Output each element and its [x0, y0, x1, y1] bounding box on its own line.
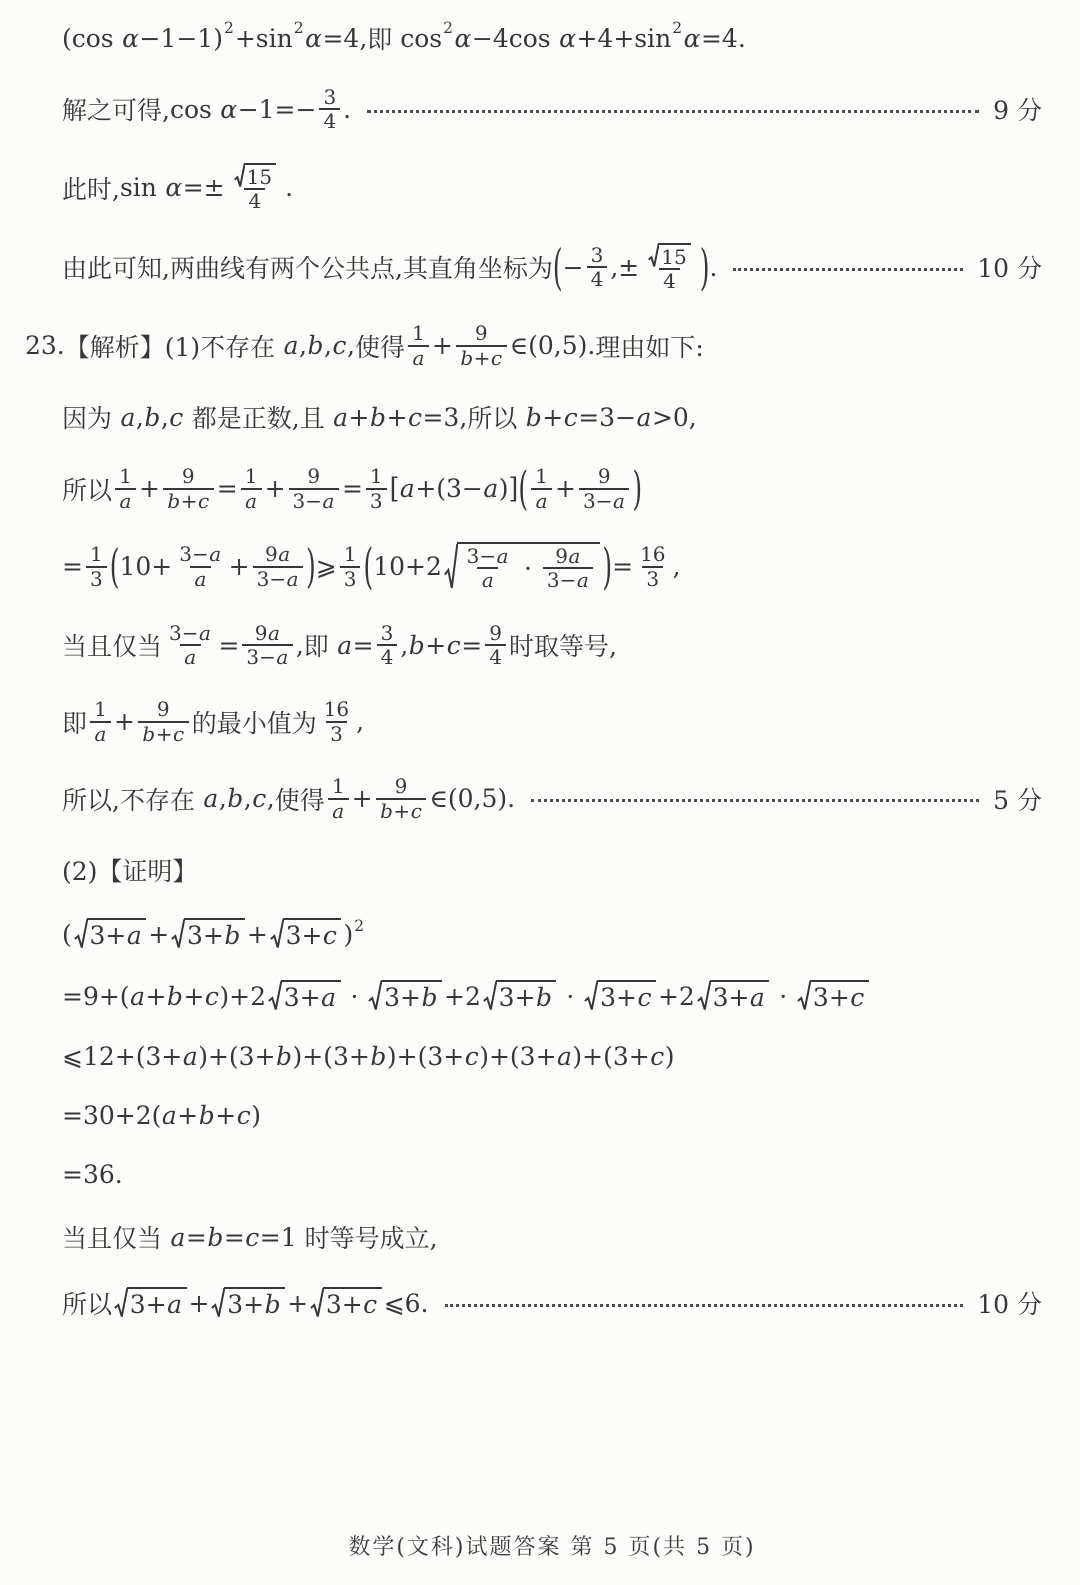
superscript: 2	[224, 21, 234, 37]
math-variable: b	[370, 1042, 387, 1071]
line-content: (cos α−1−1)2+sin2α=4,即 cos2α−4cos α+4+si…	[62, 20, 746, 56]
math-run: +	[139, 474, 160, 503]
fraction-numerator: 1	[90, 698, 111, 720]
fraction: 93−a	[579, 465, 629, 512]
math-run: a,b,c,	[203, 784, 275, 813]
radical-icon	[74, 918, 88, 950]
text-run: 时取等号,	[509, 627, 617, 663]
math-run: ·	[343, 982, 367, 1011]
text-run: 3	[344, 568, 357, 590]
math-variable: a	[199, 621, 212, 645]
math-variable: a	[636, 403, 652, 432]
math-run: a+b+c=3,	[333, 403, 468, 432]
math-run: =	[342, 474, 363, 503]
math-run: +	[189, 1289, 210, 1318]
math-run: ·	[558, 982, 582, 1011]
fraction: 93−a	[289, 465, 339, 512]
math-variable: a	[283, 331, 299, 360]
text-run: 当且仅当	[62, 1219, 170, 1255]
fraction-denominator: a	[531, 488, 552, 512]
open-fence: (	[110, 544, 120, 589]
close-fence: )	[632, 466, 642, 511]
math-run: +	[287, 1289, 308, 1318]
fraction-numerator: 1	[241, 465, 262, 487]
fraction: 1a	[115, 465, 136, 512]
fraction-denominator: b+c	[138, 721, 189, 745]
math-run: .	[343, 95, 351, 124]
radicand: 15	[244, 163, 276, 188]
text-run: 4	[248, 190, 261, 212]
formula-line: (2)【证明】	[62, 852, 1042, 888]
fraction-numerator: 9a	[551, 545, 585, 567]
math-variable: a	[119, 489, 132, 513]
math-run: a=	[337, 631, 374, 660]
math-run: ⩾	[316, 552, 337, 581]
formula-line: (3+a+3+b+3+c)2	[62, 918, 1042, 950]
math-run: +	[352, 784, 373, 813]
math-variable: a	[126, 921, 142, 950]
text-run: 即	[62, 704, 87, 740]
formula-line: 解之可得,cos α−1=−34.9 分	[62, 86, 1042, 133]
math-run: ∈(0,5).	[429, 784, 515, 813]
text-run: 1	[535, 465, 548, 487]
math-variable: a	[612, 489, 625, 513]
math-variable: α	[305, 24, 323, 53]
fraction: 9b+c	[456, 322, 507, 369]
radicand: 3−aa · 9a3−a	[457, 542, 601, 592]
math-variable: α	[559, 24, 577, 53]
math-run: (	[62, 920, 72, 949]
math-variable: b	[421, 983, 438, 1012]
square-root: 3+a	[74, 918, 147, 950]
fraction: 9b+c	[138, 698, 189, 745]
math-run: .	[285, 173, 293, 202]
fraction-numerator: 3	[587, 244, 608, 266]
fraction-denominator: 4	[659, 268, 680, 292]
math-variable: a	[184, 645, 197, 669]
formula-line: =13(10+3−aa+9a3−a)⩾13(10+23−aa · 9a3−a)=…	[62, 542, 1042, 592]
fraction-denominator: b+c	[456, 345, 507, 369]
formula-line: =30+2(a+b+c)	[62, 1101, 1042, 1130]
math-run: 3+b	[384, 983, 438, 1012]
math-run: 3+c	[600, 983, 652, 1012]
square-root: 3+c	[310, 1287, 382, 1319]
square-root: 3+a	[114, 1287, 187, 1319]
math-run: 9a	[265, 543, 291, 565]
radicand: 3+b	[381, 980, 442, 1012]
line-content: =30+2(a+b+c)	[62, 1101, 261, 1130]
fraction: 3−aa	[463, 545, 513, 592]
text-run: 当且仅当	[62, 627, 162, 663]
math-run: 3+a	[713, 983, 766, 1012]
formula-line: (cos α−1−1)2+sin2α=4,即 cos2α−4cos α+4+si…	[62, 20, 1042, 56]
math-variable: a	[170, 1223, 186, 1252]
math-variable: c	[446, 631, 461, 660]
formula-line: 由此可知,两曲线有两个公共点,其直角坐标为(−34,±154).10 分	[62, 243, 1042, 293]
radicand: 3+c	[597, 980, 656, 1012]
math-run: +sin	[235, 24, 293, 53]
math-variable: c	[322, 921, 337, 950]
formula-line: 23.【解析】(1)不存在 a,b,c,使得1a+9b+c∈(0,5).理由如下…	[25, 322, 1042, 369]
close-fence: )	[700, 243, 710, 291]
score-label: 10 分	[977, 1285, 1042, 1321]
math-run: a	[332, 800, 345, 822]
math-run: 3−a	[583, 490, 625, 512]
open-fence: (	[518, 466, 528, 511]
line-content: 当且仅当3−aa=9a3−a,即 a=34,b+c=94时取等号,	[62, 622, 617, 669]
radical-icon	[171, 918, 185, 950]
math-run: a	[119, 490, 132, 512]
fraction-denominator: 4	[244, 188, 265, 212]
fraction-denominator: 4	[587, 266, 608, 290]
fraction: 154	[642, 243, 696, 293]
math-run: 10+	[119, 552, 172, 581]
math-run: 3+b	[227, 1290, 281, 1319]
math-run: +	[432, 331, 453, 360]
text-run: 因为	[62, 399, 120, 435]
math-run: ,	[296, 631, 304, 660]
math-variable: a	[337, 631, 353, 660]
page-footer: 数学(文科)试题答案 第 5 页(共 5 页)	[62, 1530, 1042, 1571]
fraction: 13	[366, 465, 387, 512]
formula-line: =36.	[62, 1160, 1042, 1189]
math-variable: b	[307, 331, 324, 360]
math-variable: b	[227, 784, 244, 813]
fraction-denominator: 4	[377, 644, 398, 668]
math-variable: a	[322, 489, 335, 513]
line-content: 解之可得,cos α−1=−34.	[62, 86, 351, 133]
fraction: 1a	[241, 465, 262, 512]
fraction-numerator: 1	[408, 322, 429, 344]
math-run: 3+a	[284, 983, 337, 1012]
math-run: ,	[673, 552, 681, 581]
superscript: 2	[294, 21, 304, 37]
fraction-denominator: a	[180, 644, 201, 668]
text-run: 所以,不存在	[62, 781, 203, 817]
fraction-numerator: 9	[594, 465, 615, 487]
math-variable: c	[650, 1042, 665, 1071]
line-content: =13(10+3−aa+9a3−a)⩾13(10+23−aa · 9a3−a)=…	[62, 542, 680, 592]
group-body: 10+3−aa+9a3−a	[119, 543, 306, 590]
math-run: =	[612, 552, 633, 581]
paren-group: (−34,±154)	[553, 243, 710, 293]
fraction-numerator: 15	[642, 243, 696, 268]
math-variable: a	[245, 489, 258, 513]
math-variable: a	[182, 1042, 198, 1071]
text-run: 4	[381, 646, 394, 668]
text-run: 【解析】(1)不存在	[65, 328, 283, 364]
text-run: 1	[332, 775, 345, 797]
math-variable: c	[245, 1223, 260, 1252]
text-run: 所以	[62, 1285, 112, 1321]
math-variable: a	[167, 1290, 183, 1319]
math-run: −	[563, 253, 584, 282]
formula-line: 即1a+9b+c的最小值为163,	[62, 698, 1042, 745]
text-run: 1	[94, 698, 107, 720]
fraction-numerator: 1	[531, 465, 552, 487]
math-variable: c	[850, 983, 865, 1012]
text-run: 使得	[275, 781, 325, 817]
math-variable: a	[749, 983, 765, 1012]
fraction: 154	[228, 163, 282, 213]
radical-icon	[310, 1287, 324, 1319]
close-fence: ]	[509, 474, 519, 502]
math-variable: c	[172, 722, 184, 746]
fraction-numerator: 9a	[261, 543, 295, 565]
dotted-leader	[445, 1304, 964, 1307]
math-run: a	[94, 723, 107, 745]
fraction-numerator: 1	[340, 543, 361, 565]
math-run: 3−a	[257, 568, 299, 590]
math-variable: a	[278, 542, 291, 566]
math-variable: a	[161, 1101, 177, 1130]
math-run: b+c	[380, 800, 423, 822]
radicand: 3+a	[281, 980, 341, 1012]
math-variable: a	[496, 544, 509, 568]
fraction-numerator: 9	[178, 465, 199, 487]
fraction-numerator: 15	[228, 163, 282, 188]
fraction-numerator: 9	[303, 465, 324, 487]
line-content: 即1a+9b+c的最小值为163,	[62, 698, 364, 745]
score-label: 10 分	[977, 249, 1042, 285]
text-run: 16	[640, 543, 665, 565]
fraction-numerator: 3−a	[165, 622, 215, 644]
fraction: 9b+c	[376, 775, 427, 822]
fraction-numerator: 3	[377, 622, 398, 644]
fraction-numerator: 3−a	[463, 545, 513, 567]
math-run: +	[114, 707, 135, 736]
text-run: 3	[591, 244, 604, 266]
dotted-leader	[367, 110, 979, 113]
fraction-denominator: a	[190, 566, 211, 590]
math-run: a,b,c	[120, 403, 184, 432]
line-content: 所以3+a+3+b+3+c⩽6.	[62, 1285, 429, 1321]
fraction-denominator: 3	[366, 488, 387, 512]
math-run: a	[481, 569, 494, 591]
math-variable: a	[333, 403, 349, 432]
text-run: 15	[661, 246, 686, 268]
dotted-leader	[733, 268, 963, 271]
line-content: 所以1a+9b+c=1a+93−a=13[a+(3−a)](1a+93−a)	[62, 465, 642, 512]
radical-icon	[444, 542, 458, 592]
fraction-numerator: 16	[320, 698, 353, 720]
math-run: α=4.	[683, 24, 746, 53]
math-run: +	[265, 474, 286, 503]
fraction: 13	[340, 543, 361, 590]
text-run: 的最小值为	[192, 704, 317, 740]
math-run: cos	[400, 24, 442, 53]
fraction: 3−aa	[165, 622, 215, 669]
math-variable: α	[454, 24, 472, 53]
math-run: +	[555, 474, 576, 503]
math-variable: b	[207, 1223, 224, 1252]
fraction-numerator: 1	[115, 465, 136, 487]
fraction-numerator: 1	[366, 465, 387, 487]
text-run: 4	[489, 646, 502, 668]
text-run: 9	[395, 775, 408, 797]
fraction: 3−aa	[175, 543, 225, 590]
math-variable: b	[535, 983, 552, 1012]
fraction: 34	[587, 244, 608, 291]
fraction-numerator: 1	[86, 543, 107, 565]
score-label: 9 分	[993, 91, 1042, 127]
fraction-denominator: 3	[642, 566, 663, 590]
math-variable: b	[370, 403, 387, 432]
line-content: 当且仅当 a=b=c=1 时等号成立,	[62, 1219, 438, 1255]
math-run: ,b+c=	[400, 631, 482, 660]
fraction-denominator: 3−a	[253, 566, 303, 590]
text-run: 4	[663, 270, 676, 292]
text-run: 3	[323, 86, 336, 108]
math-variable: a	[481, 568, 494, 592]
formula-line: ⩽12+(3+a)+(3+b)+(3+b)+(3+c)+(3+a)+(3+c)	[62, 1042, 1042, 1071]
fraction-numerator: 9	[153, 698, 174, 720]
text-run: 3	[646, 568, 659, 590]
fraction: 34	[319, 86, 340, 133]
math-variable: a	[321, 983, 337, 1012]
text-run: 9	[307, 465, 320, 487]
math-run: +2	[658, 982, 695, 1011]
math-variable: a	[535, 489, 548, 513]
text-run: 9	[475, 322, 488, 344]
fraction-denominator: 3−a	[543, 567, 593, 591]
math-variable: b	[264, 1290, 281, 1319]
open-fence: (	[553, 243, 563, 291]
math-run: a	[194, 568, 207, 590]
math-variable: c	[637, 983, 652, 1012]
text-run: 解之可得,	[62, 91, 170, 127]
fraction: 9a3−a	[543, 545, 593, 592]
math-variable: a	[399, 474, 415, 503]
square-root: 3+b	[483, 980, 557, 1012]
math-variable: a	[203, 784, 219, 813]
math-variable: c	[563, 403, 578, 432]
group-body: a+(3−a)	[399, 474, 508, 503]
math-variable: α	[165, 173, 183, 202]
math-run: sin α=±	[120, 173, 225, 202]
square-root: 3+a	[697, 980, 770, 1012]
fraction-numerator: 1	[328, 775, 349, 797]
bracket-group: [a+(3−a)]	[390, 474, 519, 503]
text-run: 3	[90, 568, 103, 590]
fraction: 13	[86, 543, 107, 590]
fraction: 34	[377, 622, 398, 669]
fraction: 9a3−a	[253, 543, 303, 590]
math-run: 9a	[555, 545, 581, 567]
math-run: =30+2(a+b+c)	[62, 1101, 261, 1130]
math-run: 3+a	[90, 921, 143, 950]
text-run: 时等号成立,	[297, 1219, 438, 1255]
math-variable: b	[460, 346, 474, 370]
fraction-denominator: a	[115, 488, 136, 512]
fraction-numerator: 16	[636, 543, 669, 565]
text-run: 4	[591, 268, 604, 290]
radicand: 3+b	[184, 918, 245, 950]
text-run: 1	[119, 465, 132, 487]
paren-group: (10+23−aa · 9a3−a)	[363, 542, 612, 592]
paren-group: (10+3−aa+9a3−a)	[110, 543, 316, 590]
math-run: +	[229, 552, 250, 581]
radical-icon	[697, 980, 711, 1012]
radical-icon	[268, 980, 282, 1012]
math-run: =	[217, 474, 238, 503]
radicand: 3+a	[710, 980, 770, 1012]
fraction-denominator: b+c	[376, 798, 427, 822]
math-run: 10+2	[373, 552, 442, 581]
math-run: 3−a	[547, 569, 589, 591]
math-variable: c	[407, 403, 422, 432]
math-run: a	[184, 646, 197, 668]
math-variable: a	[483, 474, 499, 503]
line-content: 23.【解析】(1)不存在 a,b,c,使得1a+9b+c∈(0,5).理由如下…	[25, 322, 704, 369]
math-run: 3−a	[246, 646, 288, 668]
math-run: +	[148, 920, 169, 949]
fraction-denominator: 3−a	[289, 488, 339, 512]
fraction-denominator: 3	[340, 566, 361, 590]
formula-line: 所以3+a+3+b+3+c⩽6.10 分	[62, 1285, 1042, 1321]
math-variable: b	[380, 799, 394, 823]
math-variable: c	[490, 346, 502, 370]
radical-icon	[584, 980, 598, 1012]
math-run: cos α−1=−	[170, 95, 316, 124]
fraction-denominator: a	[241, 488, 262, 512]
score-label: 5 分	[993, 781, 1042, 817]
text-run: 即	[367, 20, 400, 56]
line-content: 所以,不存在 a,b,c,使得1a+9b+c∈(0,5).	[62, 775, 515, 822]
fraction-denominator: a	[328, 798, 349, 822]
math-variable: a	[209, 542, 222, 566]
math-variable: b	[408, 631, 425, 660]
math-variable: a	[120, 403, 136, 432]
close-fence: )	[602, 543, 612, 591]
math-run: 3−a	[293, 490, 335, 512]
text-run: 由此可知,两曲线有两个公共点,其直角坐标为	[62, 249, 553, 285]
group-body: −34,±154	[563, 243, 700, 293]
math-run: a,b,c,	[283, 331, 355, 360]
radical-icon	[483, 980, 497, 1012]
line-content: 此时,sin α=±154.	[62, 163, 293, 213]
math-run: 3+c	[813, 983, 865, 1012]
radical-icon	[368, 980, 382, 1012]
radical-icon	[270, 918, 284, 950]
fraction-denominator: a	[90, 721, 111, 745]
superscript: 2	[443, 21, 453, 37]
text-run: 1	[370, 465, 383, 487]
radical-icon	[114, 1287, 128, 1319]
formula-line: 因为 a,b,c 都是正数,且 a+b+c=3,所以 b+c=3−a>0,	[62, 399, 1042, 435]
fraction-denominator: 4	[319, 108, 340, 132]
math-variable: α	[683, 24, 701, 53]
square-root: 15	[648, 243, 690, 268]
math-variable: a	[557, 1042, 573, 1071]
math-run: ⩽12+(3+a)+(3+b)+(3+b)+(3+c)+(3+a)+(3+c)	[62, 1042, 675, 1071]
close-fence: )	[306, 544, 316, 589]
formula-line: 当且仅当 a=b=c=1 时等号成立,	[62, 1219, 1042, 1255]
text-run: 9	[157, 698, 170, 720]
formula-line: 当且仅当3−aa=9a3−a,即 a=34,b+c=94时取等号,	[62, 622, 1042, 669]
square-root: 3+b	[211, 1287, 285, 1319]
math-run: 3+c	[326, 1290, 378, 1319]
fraction-numerator: 3	[319, 86, 340, 108]
math-variable: a	[94, 722, 107, 746]
math-run: b+c	[167, 490, 210, 512]
math-run: ⩽6.	[384, 1289, 429, 1318]
text-run: 所以	[467, 399, 525, 435]
math-variable: a	[576, 568, 589, 592]
fraction: 1a	[90, 698, 111, 745]
exam-answer-page: (cos α−1−1)2+sin2α=4,即 cos2α−4cos α+4+si…	[0, 0, 1080, 1585]
math-variable: b	[525, 403, 542, 432]
